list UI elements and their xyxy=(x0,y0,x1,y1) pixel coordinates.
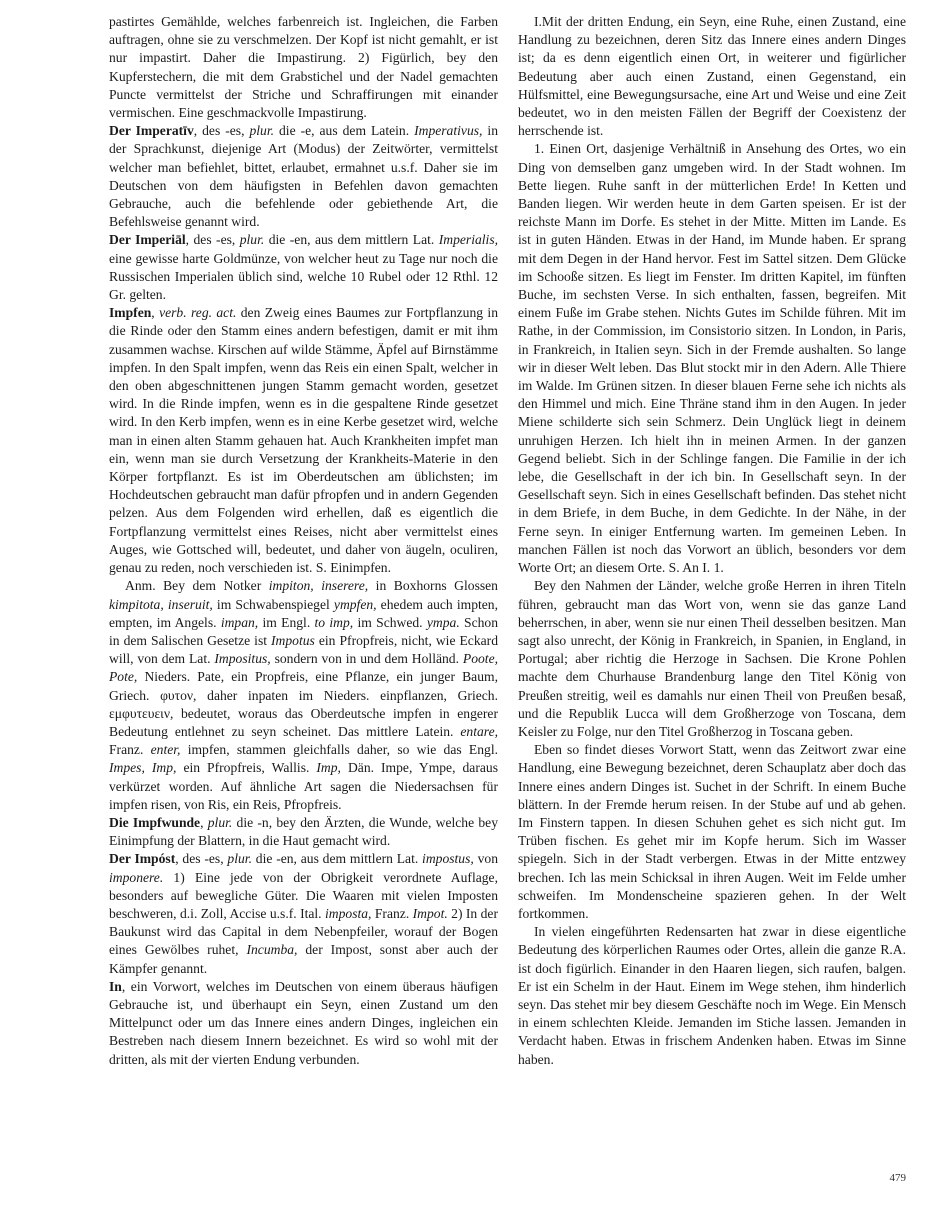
grammar-label: verb. reg. act. xyxy=(159,305,236,320)
grammar-label: plur. xyxy=(227,851,252,866)
entry-text: von xyxy=(474,851,498,866)
entry-in: In, ein Vorwort, welches im Deutschen vo… xyxy=(109,978,498,1069)
idioms-paragraph: In vielen eingeführten Redensarten hat z… xyxy=(518,923,906,1069)
latin-term: Imperialis, xyxy=(439,232,498,247)
grammar-label: plur. xyxy=(208,815,233,830)
headword: In xyxy=(109,979,122,994)
etymology-term: ympfen, xyxy=(334,597,377,612)
etymology-term: kimpitota, inseruit, xyxy=(109,597,213,612)
entry-text: in der Sprachkunst, diejenige Art (Modus… xyxy=(109,123,498,229)
entry-impfwunde: Die Impfwunde, plur. die -n, bey den Ärz… xyxy=(109,814,498,850)
latin-term: Imperativus, xyxy=(414,123,482,138)
etymology-term: entare, xyxy=(460,724,498,739)
entry-text: Franz. xyxy=(371,906,412,921)
entry-imperial: Der Imperiāl, des -es, plur. die -en, au… xyxy=(109,231,498,304)
entry-text: die -en, aus dem mittlern Lat. xyxy=(252,851,422,866)
entry-imperativ: Der Imperatīv, des -es, plur. die -e, au… xyxy=(109,122,498,231)
etymology-term: impan, xyxy=(221,615,258,630)
entry-impost: Der Impóst, des -es, plur. die -en, aus … xyxy=(109,850,498,977)
text: Franz. xyxy=(109,742,151,757)
text: sondern von in und dem Holländ. xyxy=(271,651,463,666)
left-column: pastirtes Gemählde, welches farbenreich … xyxy=(109,13,498,1069)
entry-text: die -en, aus dem mittlern Lat. xyxy=(264,232,438,247)
entry-text: , des -es, xyxy=(194,123,250,138)
right-column: I.Mit der dritten Endung, ein Seyn, eine… xyxy=(518,13,906,1069)
movement-paragraph: Eben so findet dieses Vorwort Statt, wen… xyxy=(518,741,906,923)
entry-text: eine gewisse harte Goldmünze, von welche… xyxy=(109,251,498,302)
etymology-term: impiton, inserere, xyxy=(269,578,368,593)
annotation-paragraph: Anm. Bey dem Notker impiton, inserere, i… xyxy=(109,577,498,814)
etymology-term: Impotus xyxy=(271,633,315,648)
etymology-term: Impes, Imp, xyxy=(109,760,176,775)
etymology-term: Imp, xyxy=(316,760,341,775)
entry-text: , ein Vorwort, welches im Deutschen von … xyxy=(109,979,498,1067)
entry-text: , des -es, xyxy=(175,851,227,866)
etymology-term: enter, xyxy=(151,742,181,757)
headword: Die Impfwunde xyxy=(109,815,200,830)
entry-text: , xyxy=(151,305,159,320)
headword: Der Imperiāl xyxy=(109,232,186,247)
latin-term: impostus, xyxy=(422,851,474,866)
etymology-term: to imp, xyxy=(315,615,354,630)
section-i-paragraph: I.Mit der dritten Endung, ein Seyn, eine… xyxy=(518,13,906,140)
etymology-term: ympa. xyxy=(427,615,460,630)
text: ein Pfropfreis, Wallis. xyxy=(176,760,316,775)
headword: Der Impóst xyxy=(109,851,175,866)
text: in Boxhorns Glossen xyxy=(368,578,498,593)
dictionary-page: pastirtes Gemählde, welches farbenreich … xyxy=(0,0,935,1210)
latin-term: Incumba, xyxy=(246,942,297,957)
latin-term: imponere. xyxy=(109,870,163,885)
entry-impfen: Impfen, verb. reg. act. den Zweig eines … xyxy=(109,304,498,577)
continuation-paragraph: pastirtes Gemählde, welches farbenreich … xyxy=(109,13,498,122)
entry-text: , xyxy=(200,815,208,830)
text: impfen, stammen gleichfalls daher, so wi… xyxy=(180,742,498,757)
text: im Schwabenspiegel xyxy=(213,597,334,612)
text: im Schwed. xyxy=(353,615,427,630)
headword: Der Imperatīv xyxy=(109,123,194,138)
grammar-label: plur. xyxy=(249,123,274,138)
latin-term: imposta, xyxy=(325,906,371,921)
etymology-term: Impositus, xyxy=(214,651,270,666)
headword: Impfen xyxy=(109,305,151,320)
grammar-label: plur. xyxy=(240,232,265,247)
entry-text: , des -es, xyxy=(186,232,240,247)
text: Nieders. Pate, ein Propfreis, eine Pflan… xyxy=(109,669,498,739)
text: Anm. Bey dem Notker xyxy=(125,578,269,593)
country-titles-paragraph: Bey den Nahmen der Länder, welche große … xyxy=(518,577,906,741)
entry-text: die -e, aus dem Latein. xyxy=(274,123,414,138)
latin-term: Impot. xyxy=(413,906,448,921)
text: im Engl. xyxy=(258,615,314,630)
section-1-paragraph: 1. Einen Ort, dasjenige Verhältniß in An… xyxy=(518,140,906,577)
entry-text: den Zweig eines Baumes zur Fortpflanzung… xyxy=(109,305,498,575)
page-number: 479 xyxy=(890,1172,907,1184)
